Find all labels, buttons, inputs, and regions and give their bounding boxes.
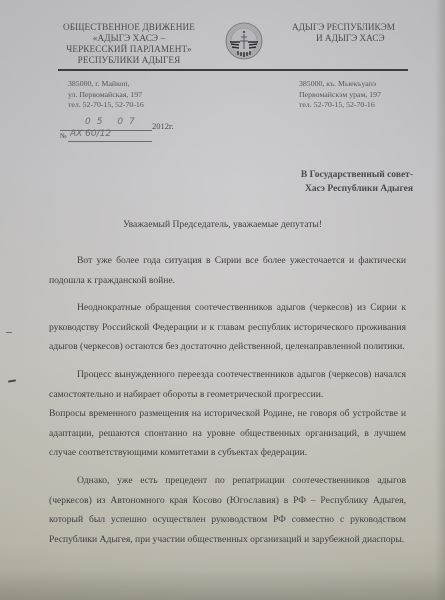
org-line: «АДЫГЭ ХАСЭ – — [54, 33, 204, 44]
letter-body: Вот уже более года ситуация в Сирии все … — [49, 251, 406, 549]
address-line: 385000, г. Майкоп, — [68, 79, 144, 90]
recipient-line: Хасэ Республики Адыгея — [250, 182, 413, 196]
address-line: 385000, къ. Мыекъуапэ — [299, 79, 381, 90]
recipient-block: В Государственный совет- Хасэ Республики… — [250, 168, 413, 196]
paragraph: Неоднократные обращения соотечественнико… — [49, 298, 406, 357]
org-line: РЕСПУБЛИКИ АДЫГЕЯ — [54, 55, 204, 66]
address-line: тел. 52-70-15, 52-70-16 — [299, 100, 381, 111]
paper-bottom-shadow — [0, 570, 445, 600]
org-line: И АДЫГЭ ХАСЭ — [292, 33, 402, 44]
org-line: АДЫГЭ РЕСПУБЛИКЭМ — [292, 22, 395, 32]
address-line: ул. Первомайская, 197 — [68, 90, 144, 101]
emblem-circle-icon — [225, 22, 263, 60]
salutation: Уважаемый Председатель, уважаемые депута… — [0, 219, 445, 230]
letterhead-right-org: АДЫГЭ РЕСПУБЛИКЭМ И АДЫГЭ ХАСЭ — [292, 22, 402, 44]
letterhead-divider — [58, 69, 408, 71]
org-line: ОБЩЕСТВЕННОЕ ДВИЖЕНИЕ — [54, 22, 204, 33]
paragraph: Однако, уже есть прецедент по репатриаци… — [49, 471, 406, 549]
margin-mark — [6, 332, 12, 333]
address-left: 385000, г. Майкоп, ул. Первомайская, 197… — [68, 79, 144, 111]
date-year: 2012г. — [152, 121, 174, 131]
recipient-line: В Государственный совет- — [250, 168, 413, 182]
letterhead-left-org: ОБЩЕСТВЕННОЕ ДВИЖЕНИЕ «АДЫГЭ ХАСЭ – ЧЕРК… — [54, 22, 204, 66]
address-line: тел. 52-70-15, 52-70-16 — [68, 100, 144, 111]
paragraph: Процесс вынужденного переезда соотечеств… — [49, 365, 406, 404]
paragraph: Вот уже более года ситуация в Сирии все … — [49, 251, 406, 290]
number-label: № — [60, 132, 67, 140]
paragraph: Вопросы временного размещения на историч… — [49, 404, 406, 463]
handwritten-date: 05 07 — [85, 117, 141, 127]
org-line: ЧЕРКЕССКИЙ ПАРЛАМЕНТ» — [54, 44, 204, 55]
handwritten-number: АХ 60/12 — [70, 129, 111, 139]
address-line: Первомайскэм урам, 197 — [299, 90, 381, 101]
paper-edge-shadow — [435, 0, 445, 600]
address-right: 385000, къ. Мыекъуапэ Первомайскэм урам,… — [299, 79, 381, 111]
